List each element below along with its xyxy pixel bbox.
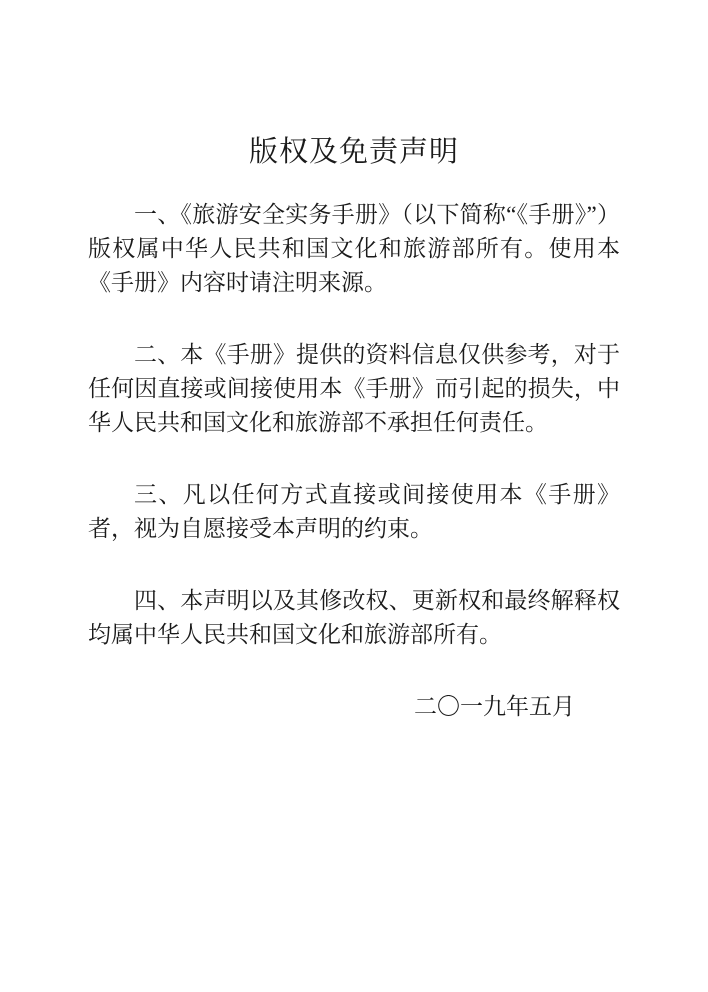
paragraph-liability: 二、本《手册》提供的资料信息仅供参考，对于任何因直接或间接使用本《手册》而引起的… — [88, 338, 620, 440]
paragraph-acceptance: 三、凡以任何方式直接或间接使用本《手册》者，视为自愿接受本声明的约束。 — [88, 478, 620, 546]
document-page: 版权及免责声明 一、《旅游安全实务手册》（以下简称“《手册》”）版权属中华人民共… — [0, 0, 708, 992]
paragraph-copyright: 一、《旅游安全实务手册》（以下简称“《手册》”）版权属中华人民共和国文化和旅游部… — [88, 198, 620, 300]
paragraph-interpretation-rights: 四、本声明以及其修改权、更新权和最终解释权均属中华人民共和国文化和旅游部所有。 — [88, 584, 620, 652]
date-line: 二〇一九年五月 — [88, 690, 620, 724]
document-body: 一、《旅游安全实务手册》（以下简称“《手册》”）版权属中华人民共和国文化和旅游部… — [88, 198, 620, 724]
page-title: 版权及免责声明 — [0, 0, 708, 170]
